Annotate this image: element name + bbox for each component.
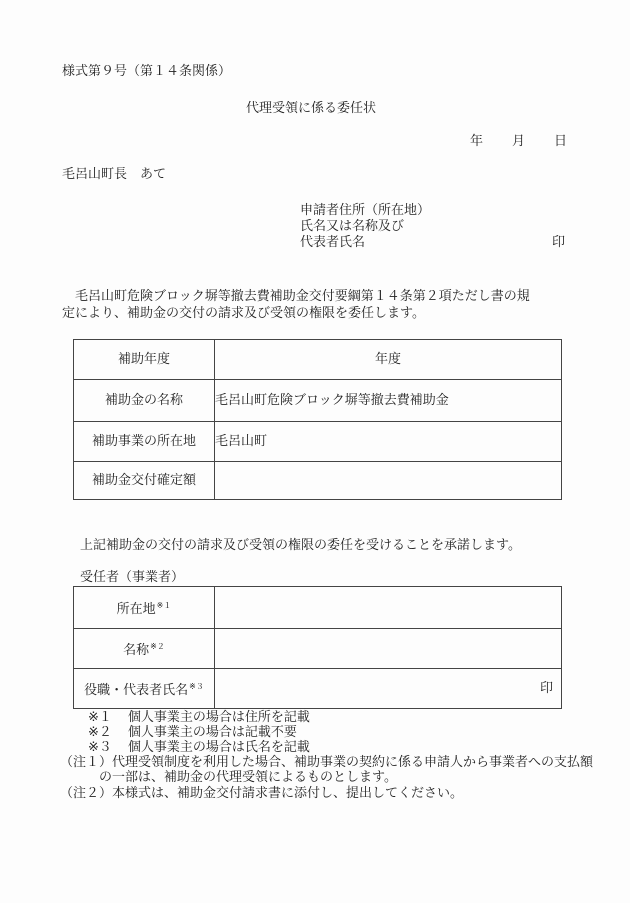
body-text-line-2: 定により、補助金の交付の請求及び受領の権限を委任します。 [62,306,425,322]
confirmed-amount-value[interactable] [215,462,562,500]
agent-address-label-text: 所在地 [117,602,156,617]
subsidy-name-label: 補助金の名称 [74,380,215,422]
table-row: 補助金交付確定額 [74,462,562,500]
subsidy-name-value[interactable]: 毛呂山町危険ブロック塀等撤去費補助金 [215,380,562,422]
note-1-line-1: （注１）代理受領制度を利用した場合、補助事業の契約に係る申請人から事業者への支払… [60,755,593,771]
note-1-line-2: の一部は、補助金の代理受領によるものとします。 [99,770,397,786]
table-row: 補助金の名称 毛呂山町危険ブロック塀等撤去費補助金 [74,380,562,422]
addressee: 毛呂山町長 あて [62,167,166,183]
agent-name-value[interactable] [215,629,562,669]
date-month-label: 月 [512,134,525,150]
table-row: 補助年度 年度 [74,340,562,380]
footnote-3-mark: ※３ [88,740,112,755]
agent-seal-mark: 印 [540,681,561,697]
footnote-2: ※２個人事業主の場合は記載不要 [88,725,297,741]
subsidy-year-value[interactable]: 年度 [215,340,562,380]
document-title: 代理受領に係る委任状 [246,101,376,117]
agent-table: 所在地※１ 名称※２ 役職・代表者氏名※３ 印 [73,586,562,709]
agent-representative-value[interactable]: 印 [215,669,562,709]
agent-section-heading: 受任者（事業者） [80,570,184,586]
footnote-1-mark: ※１ [88,710,112,725]
subsidy-table: 補助年度 年度 補助金の名称 毛呂山町危険ブロック塀等撤去費補助金 補助事業の所… [73,339,562,500]
applicant-name-label: 氏名又は名称及び [300,219,404,235]
footnote-3-text: 個人事業主の場合は氏名を記載 [128,740,310,755]
form-number: 様式第９号（第１４条関係） [62,64,231,80]
agent-name-label-text: 名称 [123,643,149,658]
footnote-1: ※１個人事業主の場合は住所を記載 [88,710,310,726]
table-row: 役職・代表者氏名※３ 印 [74,669,562,709]
table-row: 名称※２ [74,629,562,669]
project-location-value[interactable]: 毛呂山町 [215,422,562,462]
footnote-2-text: 個人事業主の場合は記載不要 [128,725,297,740]
body-text-line-1: 毛呂山町危険ブロック塀等撤去費補助金交付要綱第１４条第２項ただし書の規 [62,289,530,305]
agent-representative-label: 役職・代表者氏名※３ [74,669,215,709]
project-location-label: 補助事業の所在地 [74,422,215,462]
footnote-ref-1: ※１ [157,601,172,610]
footnote-1-text: 個人事業主の場合は住所を記載 [128,710,310,725]
date-year-label: 年 [470,134,483,150]
applicant-representative-label: 代表者氏名 [300,235,365,251]
note-2: （注２）本様式は、補助金交付請求書に添付し、提出してください。 [60,786,463,802]
acceptance-text: 上記補助金の交付の請求及び受領の権限の委任を受けることを承諾します。 [80,538,521,554]
footnote-ref-3: ※３ [189,682,204,691]
agent-name-label: 名称※２ [74,629,215,669]
table-row: 所在地※１ [74,587,562,629]
footnote-2-mark: ※２ [88,725,112,740]
table-row: 補助事業の所在地 毛呂山町 [74,422,562,462]
applicant-address-label: 申請者住所（所在地） [300,203,430,219]
agent-representative-label-text: 役職・代表者氏名 [84,683,188,698]
agent-address-value[interactable] [215,587,562,629]
subsidy-year-label: 補助年度 [74,340,215,380]
agent-address-label: 所在地※１ [74,587,215,629]
footnote-3: ※３個人事業主の場合は氏名を記載 [88,740,310,756]
footnote-ref-2: ※２ [150,642,165,651]
date-day-label: 日 [554,134,567,150]
applicant-seal-mark: 印 [552,235,565,251]
confirmed-amount-label: 補助金交付確定額 [74,462,215,500]
